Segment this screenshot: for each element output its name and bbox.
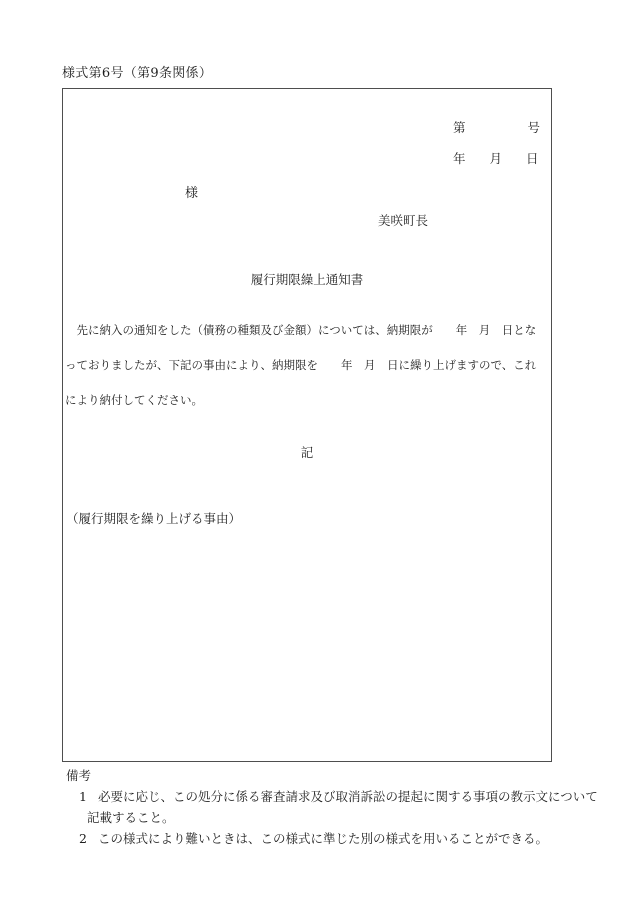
document-title: 履行期限繰上通知書: [63, 270, 551, 288]
record-heading: 記: [63, 443, 551, 461]
body-line-3: により納付してください。: [65, 383, 550, 418]
remarks-heading: 備考: [62, 766, 607, 786]
document-page: 様式第6号（第9条関係） 第 号 年 月 日 様 美咲町長 履行期限繰上通知書 …: [0, 0, 630, 903]
date-month-label: 月: [490, 149, 503, 167]
doc-number-suffix: 号: [528, 118, 541, 136]
reason-label: （履行期限を繰り上げる事由）: [66, 509, 241, 527]
form-number-label: 様式第6号（第9条関係）: [62, 62, 212, 81]
remarks-item-2-text: この様式により難いときは、この様式に準じた別の様式を用いることができる。: [98, 828, 607, 849]
addressee-honorific: 様: [185, 182, 198, 201]
remarks-item-1-number: 1: [79, 786, 98, 807]
remarks-section: 備考 1 必要に応じ、この処分に係る審査請求及び取消訴訟の提起に関する事項の教示…: [62, 766, 607, 849]
remarks-item-1: 1 必要に応じ、この処分に係る審査請求及び取消訴訟の提起に関する事項の教示文につ…: [62, 786, 607, 807]
doc-number-prefix: 第: [453, 118, 466, 136]
date-line: 年 月 日: [453, 149, 539, 167]
remarks-item-1-text: 必要に応じ、この処分に係る審査請求及び取消訴訟の提起に関する事項の教示文について: [98, 786, 607, 807]
sender-name: 美咲町長: [378, 211, 428, 229]
remarks-item-1-continuation: 記載すること。: [62, 807, 607, 828]
form-border-box: 第 号 年 月 日 様 美咲町長 履行期限繰上通知書 先に納入の通知をした（債務…: [62, 88, 552, 762]
body-line-1: 先に納入の通知をした（債務の種類及び金額）については、納期限が 年 月 日とな: [65, 313, 550, 348]
date-day-label: 日: [526, 149, 539, 167]
date-year-label: 年: [453, 149, 466, 167]
body-paragraph: 先に納入の通知をした（債務の種類及び金額）については、納期限が 年 月 日とな …: [65, 313, 550, 418]
remarks-item-2-number: 2: [79, 828, 98, 849]
remarks-item-2: 2 この様式により難いときは、この様式に準じた別の様式を用いることができる。: [62, 828, 607, 849]
body-line-2: っておりましたが、下記の事由により、納期限を 年 月 日に繰り上げますので、これ: [65, 348, 550, 383]
document-number-line: 第 号: [453, 118, 540, 136]
